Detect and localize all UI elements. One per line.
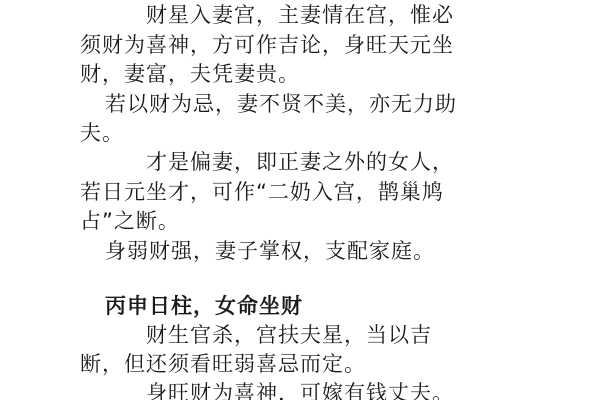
paragraph-line: 若日元坐才，可作“二奶入宫，鹊巢鸠 (80, 179, 444, 205)
paragraph-line: 财，妻富，夫凭妻贵。 (80, 61, 300, 87)
paragraph-line: 才是偏妻，即正妻之外的女人， (80, 149, 454, 175)
paragraph-line: 财星入妻宫，主妻情在宫，惟必 (80, 2, 454, 28)
paragraph-line: 夫。 (80, 120, 124, 146)
paragraph-line: 财生官杀，宫扶夫星，当以吉 (80, 322, 432, 348)
paragraph-line: 占”之断。 (80, 208, 180, 234)
paragraph-line: 若以财为忌，妻不贤不美，亦无力助 (80, 91, 457, 117)
paragraph-line: 身弱财强，妻子掌权，支配家庭。 (80, 238, 435, 264)
paragraph-line: 身旺财为喜神，可嫁有钱丈夫。 (80, 380, 454, 400)
paragraph-line: 断，但还须看旺弱喜忌而定。 (80, 351, 366, 377)
paragraph-line: 须财为喜神，方可作吉论，身旺天元坐 (80, 32, 454, 58)
section-heading: 丙申日柱，女命坐财 (80, 293, 303, 319)
